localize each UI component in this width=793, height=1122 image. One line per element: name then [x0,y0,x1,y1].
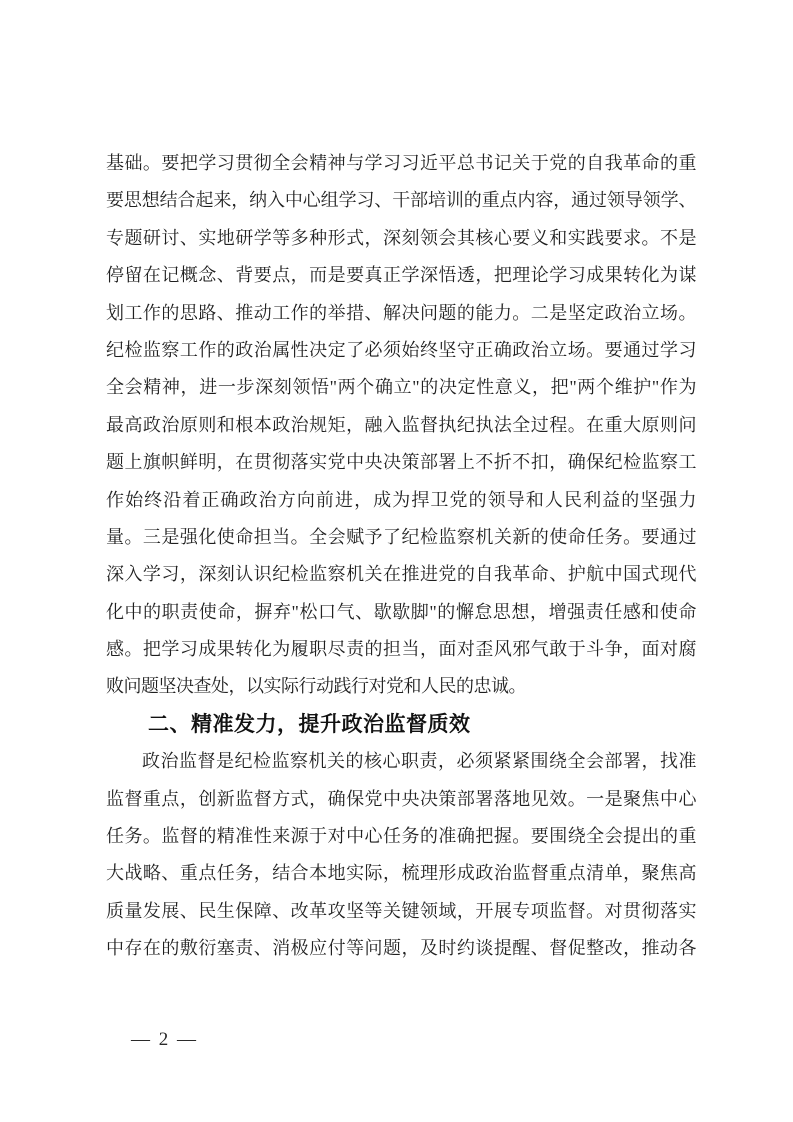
text-line: 化中的职责使命，摒弃"松口气、歇歇脚"的懈怠思想，增强责任感和使命 [106,594,696,631]
text-line: 中存在的敷衍塞责、消极应付等问题，及时约谈提醒、督促整改，推动各 [106,930,696,967]
text-line: 任务。监督的精准性来源于对中心任务的准确把握。要围绕全会提出的重 [106,818,696,855]
text-line: 专题研讨、实地研学等多种形式，深刻领会其核心要义和实践要求。不是 [106,220,696,257]
text-line: 最高政治原则和根本政治规矩，融入监督执纪执法全过程。在重大原则问 [106,407,696,444]
text-line: 质量发展、民生保障、改革攻坚等关键领域，开展专项监督。对贯彻落实 [106,893,696,930]
text-line: 大战略、重点任务，结合本地实际，梳理形成政治监督重点清单，聚焦高 [106,855,696,892]
document-page: 基础。要把学习贯彻全会精神与学习习近平总书记关于党的自我革命的重要思想结合起来，… [0,0,793,1122]
text-line: 败问题坚决查处，以实际行动践行对党和人民的忠诚。 [106,668,696,705]
section-heading: 二、精准发力，提升政治监督质效 [106,706,696,743]
text-line: 纪检监察工作的政治属性决定了必须始终坚守正确政治立场。要通过学习 [106,332,696,369]
text-line: 划工作的思路、推动工作的举措、解决问题的能力。二是坚定政治立场。 [106,295,696,332]
text-line: 题上旗帜鲜明，在贯彻落实党中央决策部署上不折不扣，确保纪检监察工 [106,444,696,481]
text-line: 感。把学习成果转化为履职尽责的担当，面对歪风邪气敢于斗争，面对腐 [106,631,696,668]
text-line: 政治监督是纪检监察机关的核心职责，必须紧紧围绕全会部署，找准 [106,743,696,780]
text-line: 要思想结合起来，纳入中心组学习、干部培训的重点内容，通过领导领学、 [106,182,696,219]
text-line: 深入学习，深刻认识纪检监察机关在推进党的自我革命、护航中国式现代 [106,556,696,593]
text-line: 基础。要把学习贯彻全会精神与学习习近平总书记关于党的自我革命的重 [106,145,696,182]
document-body: 基础。要把学习贯彻全会精神与学习习近平总书记关于党的自我革命的重要思想结合起来，… [106,145,696,968]
page-number: — 2 — [131,1029,198,1051]
text-line: 停留在记概念、背要点，而是要真正学深悟透，把理论学习成果转化为谋 [106,257,696,294]
text-line: 量。三是强化使命担当。全会赋予了纪检监察机关新的使命任务。要通过 [106,519,696,556]
text-line: 监督重点，创新监督方式，确保党中央决策部署落地见效。一是聚焦中心 [106,781,696,818]
text-line: 作始终沿着正确政治方向前进，成为捍卫党的领导和人民利益的坚强力 [106,482,696,519]
text-line: 全会精神，进一步深刻领悟"两个确立"的决定性意义，把"两个维护"作为 [106,369,696,406]
